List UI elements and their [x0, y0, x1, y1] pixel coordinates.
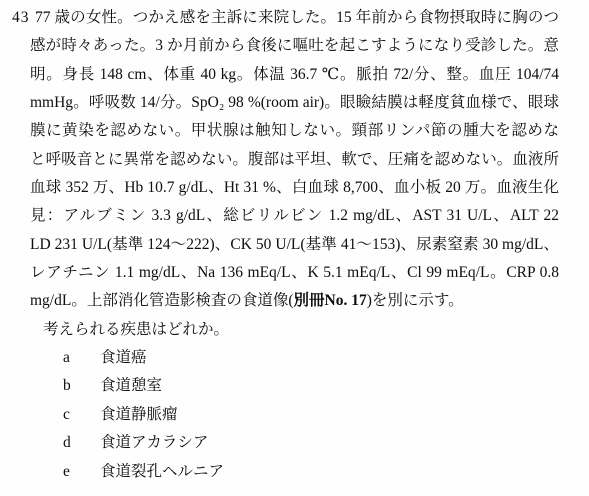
question-body-line: レアチニン 1.1 mg/dL、Na 136 mEq/L、K 5.1 mEq/L… [30, 259, 559, 287]
option-a: a 食道癌 [63, 344, 559, 372]
question-number: 43 [12, 4, 30, 32]
body-text-after-reference: )を別に示す。 [367, 292, 464, 309]
option-letter: e [63, 458, 100, 486]
question-body-line: mmHg。呼吸数 14/分。SpO₂ 98 %(room air)。眼瞼結膜は軽… [30, 89, 559, 117]
option-text: 食道癌 [100, 344, 559, 372]
option-letter: d [63, 429, 100, 457]
exam-page: 43 77 歳の女性。つかえ感を主訴に来院した。15 年前から食物摂取時に胸のつ… [0, 0, 589, 496]
question-body-line: mg/dL。上部消化管造影検査の食道像(別冊No. 17)を別に示す。 [30, 287, 559, 315]
appendix-reference-bold: 別冊No. 17 [294, 292, 367, 309]
body-text-before-reference: mg/dL。上部消化管造影検査の食道像( [30, 292, 294, 309]
option-e: e 食道裂孔ヘルニア [63, 458, 559, 486]
question-body-line: 感が時々あった。3 か月前から食後に嘔吐を起こすようになり受診した。意識は清 [30, 32, 559, 60]
option-d: d 食道アカラシア [63, 429, 559, 457]
option-letter: c [63, 401, 100, 429]
option-text: 食道静脈瘤 [100, 401, 559, 429]
option-b: b 食道憩室 [63, 372, 559, 400]
option-text: 食道アカラシア [100, 429, 559, 457]
question-body-line: 膜に黄染を認めない。甲状腺は触知しない。頸部リンパ節の腫大を認めない。心音 [30, 117, 559, 145]
question-body-line: 77 歳の女性。つかえ感を主訴に来院した。15 年前から食物摂取時に胸のつかえ [30, 4, 559, 32]
option-letter: b [63, 372, 100, 400]
option-text: 食道裂孔ヘルニア [100, 458, 559, 486]
question-body-line: LD 231 U/L(基準 124～222)、CK 50 U/L(基準 41～1… [30, 231, 559, 259]
question-body-line: と呼吸音とに異常を認めない。腹部は平坦、軟で、圧痛を認めない。血液所見：赤 [30, 146, 559, 174]
option-c: c 食道静脈瘤 [63, 401, 559, 429]
option-text: 食道憩室 [100, 372, 559, 400]
question-body: 77 歳の女性。つかえ感を主訴に来院した。15 年前から食物摂取時に胸のつかえ … [30, 4, 559, 486]
question-body-line: 明。身長 148 cm、体重 40 kg。体温 36.7 ℃。脈拍 72/分、整… [30, 61, 559, 89]
question-body-line: 血球 352 万、Hb 10.7 g/dL、Ht 31 %、白血球 8,700、… [30, 174, 559, 202]
question-stem: 考えられる疾患はどれか。 [43, 316, 559, 344]
question-body-line: 見：アルブミン 3.3 g/dL、総ビリルビン 1.2 mg/dL、AST 31… [30, 202, 559, 230]
option-letter: a [63, 344, 100, 372]
